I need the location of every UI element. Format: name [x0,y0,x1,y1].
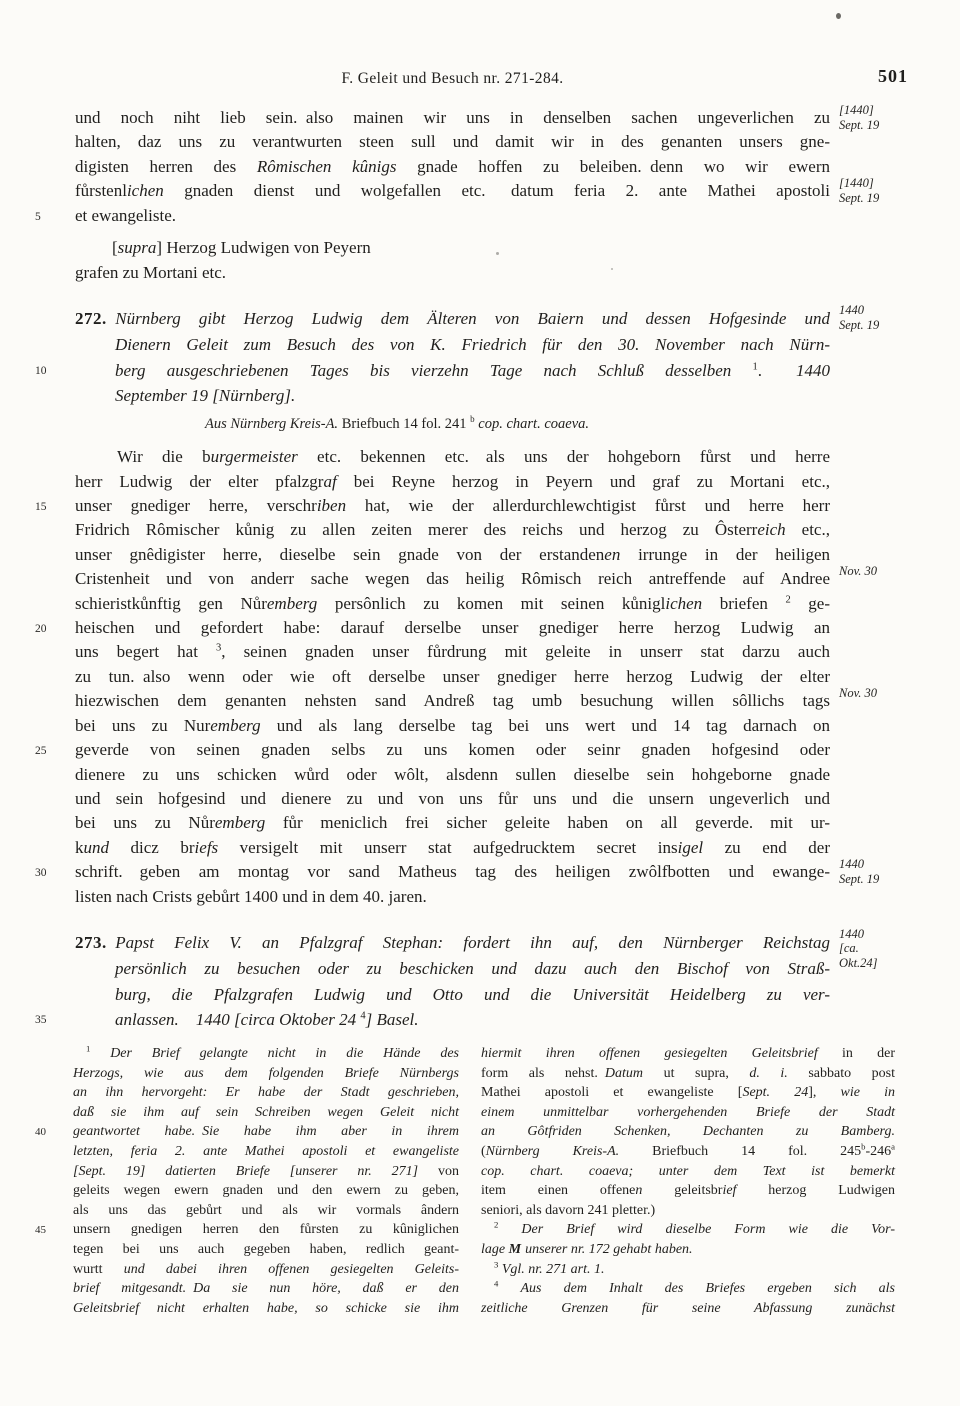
text-line: letzten, feria 2. ante Mathei apostoli e… [73,1142,459,1162]
text-line: zu tun. also wenn oder wie oft derselbe … [75,665,830,689]
line-number: 40 [35,1123,63,1143]
line-text: September 19 [Nürnberg]. [115,386,295,405]
text-line: [Sept. 19] datierten Briefe [unserer nr.… [73,1162,459,1182]
text-line: Mathei apostoli et ewangeliste [Sept. 24… [481,1083,895,1103]
margin-date-note: [1440]Sept. 19 [839,176,911,205]
text-line: dienere zu uns schicken wůrd oder wôlt, … [75,763,830,787]
text-line: unser gnêdigister herre, dieselbe sein g… [75,543,830,567]
line-text: unser gnediger herre, verschriben hat, w… [75,496,830,515]
line-text: listen nach Crists gebůrt 1400 und in de… [75,887,427,906]
text-line: 272. Nürnberg gibt Herzog Ludwig dem Ält… [75,306,830,332]
line-text: daß sie ihm auf sein Schreiben wegen Gel… [73,1105,459,1120]
text-line: an ihn hervorgeht: Er habe der Stadt ges… [73,1083,459,1103]
line-text: Geleitsbrief nicht erhalten habe, so sch… [73,1301,459,1316]
line-text: hiezwischen dem genanten nehsten sand An… [75,691,830,710]
line-text: lage M unserer nr. 172 gehabt haben. [481,1242,693,1257]
line-text: Herzogs, wie aus dem folgenden Briefe Nü… [73,1066,459,1081]
line-text: item einen offenen geleitsbrief herzog L… [481,1183,895,1198]
line-text: geantwortet habe. Sie habe ihm aber in i… [73,1124,459,1139]
line-text: burg, die Pfalzgrafen Ludwig und Otto un… [115,985,830,1004]
footnotes-left-column: 1 Der Brief gelangte nicht in die Hände … [73,1044,459,1318]
line-text: Aus Nürnberg Kreis-A. Briefbuch 14 fol. … [205,416,589,432]
text-line: [supra] Herzog Ludwigen von Peyern [75,235,830,260]
line-number: 30 [35,861,65,885]
line-text: anlassen. 1440 [circa Oktober 24 4] Base… [115,1010,419,1029]
margin-date-note: Nov. 30 [839,564,911,579]
closing-address-271: [supra] Herzog Ludwigen von Peyerngrafen… [75,235,830,285]
text-line: seniori, als davorn 241 pletter.) [481,1201,895,1221]
margin-date-note: Nov. 30 [839,686,911,701]
line-text: und sein hofgesind und dienere zu und vo… [75,789,830,808]
text-line: an Gôtfriden Schenken, Dechanten zu Bamb… [481,1122,895,1142]
text-line: brief mitgesandt. Da sie nun höre, daß e… [73,1279,459,1299]
text-line: uns begert hat 3, seinen gnaden unser fů… [75,640,830,664]
text-line: 3 Vgl. nr. 271 art. 1. [481,1260,895,1280]
text-line: und noch niht lieb sein. also mainen wir… [75,106,830,130]
line-text: unser gnêdigister herre, dieselbe sein g… [75,545,830,564]
entry-272-body: Wir die burgermeister etc. bekennen etc.… [75,445,830,909]
line-text: [Sept. 19] datierten Briefe [unserer nr.… [73,1164,459,1179]
text-line: zeitliche Grenzen für seine Abfassung zu… [481,1299,895,1319]
text-line: Wir die burgermeister etc. bekennen etc.… [75,445,830,469]
text-line: lage M unserer nr. 172 gehabt haben. [481,1240,895,1260]
line-text: form als nehst. Datum ut supra, d. i. sa… [481,1066,895,1081]
text-line: form als nehst. Datum ut supra, d. i. sa… [481,1064,895,1084]
text-line: Geleitsbrief nicht erhalten habe, so sch… [73,1299,459,1319]
line-text: zu tun. also wenn oder wie oft derselbe … [75,667,830,686]
footnotes-right-column: hiermit ihren offenen gesiegelten Geleit… [481,1044,895,1318]
text-line: bei uns zu Nuremberg und als lang dersel… [75,714,830,738]
line-text: et ewangeliste. [75,206,176,225]
line-text: halten, daz uns zu verantwurten steen su… [75,132,830,151]
scan-speck [496,252,499,255]
running-head: F. Geleit und Besuch nr. 271-284. [75,70,830,88]
line-text: 3 Vgl. nr. 271 art. 1. [494,1262,605,1277]
text-line: einem unmittelbar vorhergehenden Briefe … [481,1103,895,1123]
line-text: Wir die burgermeister etc. bekennen etc.… [117,447,830,466]
line-text: uns begert hat 3, seinen gnaden unser fů… [75,642,830,661]
line-text: dienere zu uns schicken wůrd oder wôlt, … [75,765,830,784]
line-text: 272. Nürnberg gibt Herzog Ludwig dem Ält… [75,309,830,328]
line-text: Fridrich Rômischer kůnig zu allen zeiten… [75,520,830,539]
text-line: 5et ewangeliste. [75,204,830,228]
text-line: Aus Nürnberg Kreis-A. Briefbuch 14 fol. … [75,414,830,435]
line-text: hiermit ihren offenen gesiegelten Geleit… [481,1046,895,1061]
text-line: fůrstenlichen gnaden dienst und wolgefal… [75,179,830,203]
text-line: 1 Der Brief gelangte nicht in die Hände … [73,1044,459,1064]
line-text: 1 Der Brief gelangte nicht in die Hände … [86,1046,459,1061]
text-line: item einen offenen geleitsbrief herzog L… [481,1181,895,1201]
line-text: fůrstenlichen gnaden dienst und wolgefal… [75,181,830,200]
line-number: 20 [35,617,65,641]
text-line: tegen bei uns auch gegeben haben, redlic… [73,1240,459,1260]
text-line: 45unsern gnedigen herren den fůrsten zu … [73,1220,459,1240]
line-text: [supra] Herzog Ludwigen von Peyern [112,238,371,257]
entry-272-source: Aus Nürnberg Kreis-A. Briefbuch 14 fol. … [75,414,830,435]
line-text: (Nürnberg Kreis-A. Briefbuch 14 fol. 245… [481,1144,895,1159]
line-text: bei uns zu Nuremberg und als lang dersel… [75,716,830,735]
text-line: 15unser gnediger herre, verschriben hat,… [75,494,830,518]
text-line: (Nürnberg Kreis-A. Briefbuch 14 fol. 245… [481,1142,895,1162]
text-line: hiezwischen dem genanten nehsten sand An… [75,689,830,713]
text-line: Dienern Geleit zum Besuch des von K. Fri… [75,332,830,358]
text-line: 20heischen und gefordert habe: darauf de… [75,616,830,640]
line-text: tegen bei uns auch gegeben haben, redlic… [73,1242,459,1257]
line-text: geverde von seinen gnaden selbs zu uns k… [75,740,830,759]
text-line: schieristkůnftig gen Nůremberg persônlic… [75,592,830,616]
book-page: F. Geleit und Besuch nr. 271-284. 501 un… [0,0,960,1406]
text-line: herr Ludwig der elter pfalzgraf bei Reyn… [75,470,830,494]
line-text: letzten, feria 2. ante Mathei apostoli e… [73,1144,459,1159]
text-line: 10berg ausgeschriebenen Tages bis vierze… [75,358,830,384]
line-number: 45 [35,1221,63,1241]
line-text: Cristenheit und von anderr sache wegen d… [75,569,830,588]
text-line: daß sie ihm auf sein Schreiben wegen Gel… [73,1103,459,1123]
line-text: wurtt und dabei ihren offenen gesiegelte… [73,1262,459,1277]
line-text: Dienern Geleit zum Besuch des von K. Fri… [115,335,830,354]
line-text: cop. chart. coaeva; unter dem Text ist b… [481,1164,895,1179]
text-block: und noch niht lieb sein. also mainen wir… [75,106,830,1033]
entry-272-heading: 272. Nürnberg gibt Herzog Ludwig dem Ält… [75,306,830,409]
line-number: 25 [35,739,65,763]
text-line: 30schrift. geben am montag vor sand Math… [75,860,830,884]
text-line: cop. chart. coaeva; unter dem Text ist b… [481,1162,895,1182]
line-text: berg ausgeschriebenen Tages bis vierzehn… [115,361,830,380]
line-text: 4 Aus dem Inhalt des Briefes ergeben sic… [494,1281,895,1296]
line-number: 5 [35,205,65,229]
text-line: und sein hofgesind und dienere zu und vo… [75,787,830,811]
line-text: einem unmittelbar vorhergehenden Briefe … [481,1105,895,1120]
margin-date-note: 1440Sept. 19 [839,857,911,886]
line-text: persönlich zu besuchen oder zu beschicke… [115,959,830,978]
line-text: geleits wegen ewern gnaden und den ewern… [73,1183,459,1198]
margin-date-note: 1440Sept. 19 [839,303,911,332]
line-text: grafen zu Mortani etc. [75,263,226,282]
margin-date-note: 1440[ca.Okt.24] [839,927,911,971]
text-line: wurtt und dabei ihren offenen gesiegelte… [73,1260,459,1280]
line-text: herr Ludwig der elter pfalzgraf bei Reyn… [75,472,830,491]
line-number: 35 [35,1008,65,1034]
text-line: 35anlassen. 1440 [circa Oktober 24 4] Ba… [75,1007,830,1033]
text-line: geleits wegen ewern gnaden und den ewern… [73,1181,459,1201]
line-text: 273. Papst Felix V. an Pfalzgraf Stephan… [75,933,830,952]
line-text: an Gôtfriden Schenken, Dechanten zu Bamb… [481,1124,895,1139]
line-text: 2 Der Brief wird dieselbe Form wie die V… [494,1222,895,1237]
paragraph-271-continuation: und noch niht lieb sein. also mainen wir… [75,106,830,228]
text-line: 4 Aus dem Inhalt des Briefes ergeben sic… [481,1279,895,1299]
text-line: persönlich zu besuchen oder zu beschicke… [75,956,830,982]
text-line: Fridrich Rômischer kůnig zu allen zeiten… [75,518,830,542]
text-line: hiermit ihren offenen gesiegelten Geleit… [481,1044,895,1064]
scan-speck [836,13,841,19]
line-text: Mathei apostoli et ewangeliste [Sept. 24… [481,1085,895,1100]
line-number: 15 [35,495,65,519]
line-text: brief mitgesandt. Da sie nun höre, daß e… [73,1281,459,1296]
text-line: 40geantwortet habe. Sie habe ihm aber in… [73,1122,459,1142]
entry-273-heading: 273. Papst Felix V. an Pfalzgraf Stephan… [75,930,830,1033]
line-text: an ihn hervorgeht: Er habe der Stadt ges… [73,1085,459,1100]
line-text: heischen und gefordert habe: darauf ders… [75,618,830,637]
line-text: unsern gnedigen herren den fůrsten zu kû… [73,1222,459,1237]
line-text: schieristkůnftig gen Nůremberg persônlic… [75,594,830,613]
text-line: 2 Der Brief wird dieselbe Form wie die V… [481,1220,895,1240]
page-number: 501 [830,66,908,87]
line-text: schrift. geben am montag vor sand Matheu… [75,862,830,881]
line-text: bei uns zu Nůremberg fůr meniclich frei … [75,813,830,832]
line-number: 10 [35,359,65,385]
line-text: zeitliche Grenzen für seine Abfassung zu… [481,1301,895,1316]
line-text: digisten herren des Rômischen kûnigs gna… [75,157,830,176]
text-line: bei uns zu Nůremberg fůr meniclich frei … [75,811,830,835]
footnotes: 1 Der Brief gelangte nicht in die Hände … [73,1044,895,1318]
scan-speck [611,268,613,270]
line-text: kund dicz briefs versigelt mit unserr st… [75,838,830,857]
text-line: Herzogs, wie aus dem folgenden Briefe Nü… [73,1064,459,1084]
text-line: grafen zu Mortani etc. [75,260,830,285]
text-line: listen nach Crists gebůrt 1400 und in de… [75,885,830,909]
text-line: 273. Papst Felix V. an Pfalzgraf Stephan… [75,930,830,956]
line-text: und noch niht lieb sein. also mainen wir… [75,108,830,127]
text-line: burg, die Pfalzgrafen Ludwig und Otto un… [75,982,830,1008]
line-text: seniori, als davorn 241 pletter.) [481,1203,655,1218]
text-line: als uns das gebůrt und als wir vormals â… [73,1201,459,1221]
text-line: September 19 [Nürnberg]. [75,383,830,409]
margin-date-note: [1440]Sept. 19 [839,103,911,132]
text-line: Cristenheit und von anderr sache wegen d… [75,567,830,591]
text-line: halten, daz uns zu verantwurten steen su… [75,130,830,154]
text-line: kund dicz briefs versigelt mit unserr st… [75,836,830,860]
text-line: 25geverde von seinen gnaden selbs zu uns… [75,738,830,762]
line-text: als uns das gebůrt und als wir vormals â… [73,1203,459,1218]
text-line: digisten herren des Rômischen kûnigs gna… [75,155,830,179]
